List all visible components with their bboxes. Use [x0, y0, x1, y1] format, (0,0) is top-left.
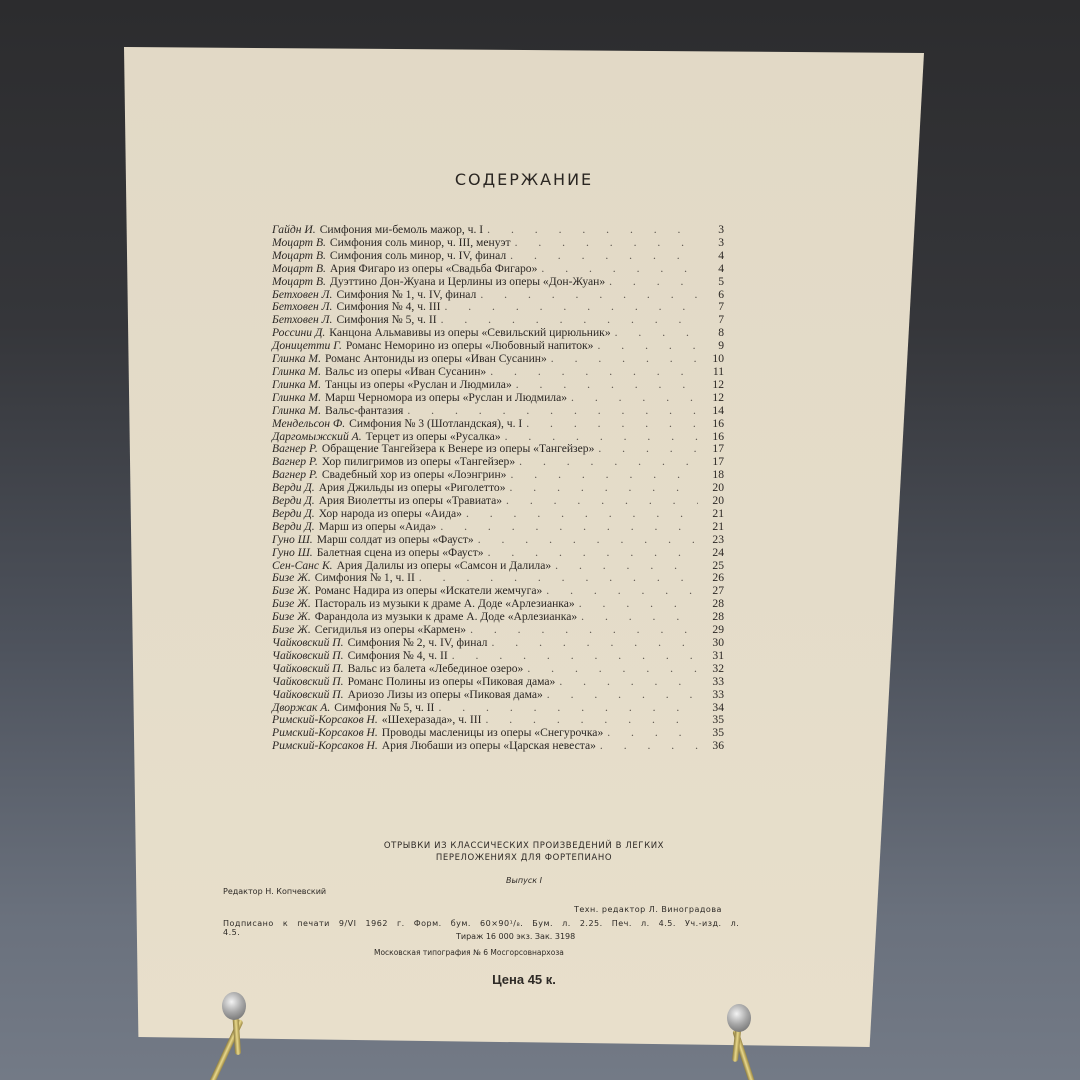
toc-author: Глинка М.: [272, 405, 321, 418]
toc-leader-dots: [407, 405, 698, 418]
toc-work: Романс Полины из оперы «Пиковая дама»: [348, 676, 556, 689]
toc-leader-dots: [516, 379, 698, 392]
stand-peg-right: [727, 1004, 751, 1032]
toc-work: Вальс из оперы «Иван Сусанин»: [325, 366, 486, 379]
toc-work: Симфония соль минор, ч. III, менуэт: [330, 237, 511, 250]
toc-leader-dots: [519, 456, 698, 469]
stand-peg-left: [222, 992, 246, 1020]
toc-author: Верди Д.: [272, 495, 315, 508]
series-title-line: ПЕРЕЛОЖЕНИЯХ ДЛЯ ФОРТЕПИАНО: [124, 852, 924, 864]
toc-entry: Гуно Ш.Марш солдат из оперы «Фауст»23: [272, 534, 724, 547]
toc-page-number: 31: [702, 650, 724, 663]
toc-page-number: 4: [702, 263, 724, 276]
toc-leader-dots: [487, 224, 698, 237]
toc-entry: Чайковский П.Романс Полины из оперы «Пик…: [272, 676, 724, 689]
toc-work: Балетная сцена из оперы «Фауст»: [317, 547, 484, 560]
toc-work: Вальс из балета «Лебединое озеро»: [348, 663, 524, 676]
toc-page-number: 11: [702, 366, 724, 379]
toc-leader-dots: [444, 301, 698, 314]
toc-page-number: 3: [702, 224, 724, 237]
toc-author: Гуно Ш.: [272, 534, 313, 547]
toc-author: Чайковский П.: [272, 663, 344, 676]
toc-leader-dots: [510, 469, 698, 482]
toc-entry: Чайковский П.Вальс из балета «Лебединое …: [272, 663, 724, 676]
toc-page-number: 36: [702, 740, 724, 753]
toc-page-number: 21: [702, 521, 724, 534]
toc-page-number: 23: [702, 534, 724, 547]
toc-entry: Гуно Ш.Балетная сцена из оперы «Фауст»24: [272, 547, 724, 560]
toc-leader-dots: [547, 689, 698, 702]
toc-work: Дуэттино Дон-Жуана и Церлины из оперы «Д…: [330, 276, 605, 289]
toc-page-number: 32: [702, 663, 724, 676]
toc-page-number: 30: [702, 637, 724, 650]
page-title: СОДЕРЖАНИЕ: [124, 170, 924, 189]
table-of-contents: Гайдн И.Симфония ми-бемоль мажор, ч. I3М…: [272, 224, 724, 753]
toc-leader-dots: [598, 443, 698, 456]
toc-author: Чайковский П.: [272, 650, 344, 663]
toc-author: Римский-Корсаков Н.: [272, 740, 378, 753]
toc-author: Моцарт В.: [272, 250, 326, 263]
document-page: СОДЕРЖАНИЕ Гайдн И.Симфония ми-бемоль ма…: [124, 47, 924, 1047]
toc-leader-dots: [527, 663, 698, 676]
toc-leader-dots: [470, 624, 698, 637]
toc-entry: Моцарт В.Симфония соль минор, ч. III, ме…: [272, 237, 724, 250]
toc-entry: Моцарт В.Ария Фигаро из оперы «Свадьба Ф…: [272, 263, 724, 276]
tech-editor-credit: Техн. редактор Л. Виноградова: [574, 905, 722, 914]
toc-work: Симфония № 4, ч. II: [348, 650, 448, 663]
toc-leader-dots: [488, 547, 698, 560]
toc-page-number: 24: [702, 547, 724, 560]
toc-work: Симфония соль минор, ч. IV, финал: [330, 250, 506, 263]
toc-entry: Верди Д.Ария Виолетты из оперы «Травиата…: [272, 495, 724, 508]
toc-entry: Чайковский П.Симфония № 4, ч. II31: [272, 650, 724, 663]
series-title: ОТРЫВКИ ИЗ КЛАССИЧЕСКИХ ПРОИЗВЕДЕНИЙ В Л…: [124, 840, 924, 864]
toc-entry: Чайковский П.Ариозо Лизы из оперы «Пиков…: [272, 689, 724, 702]
toc-entry: Глинка М.Вальс из оперы «Иван Сусанин»11: [272, 366, 724, 379]
toc-entry: Верди Д.Марш из оперы «Аида»21: [272, 521, 724, 534]
toc-leader-dots: [551, 353, 698, 366]
toc-leader-dots: [607, 727, 698, 740]
issue-number: Выпуск I: [124, 876, 924, 885]
toc-entry: Гайдн И.Симфония ми-бемоль мажор, ч. I3: [272, 224, 724, 237]
toc-page-number: 12: [702, 379, 724, 392]
toc-page-number: 14: [702, 405, 724, 418]
toc-leader-dots: [581, 611, 698, 624]
toc-author: Глинка М.: [272, 366, 321, 379]
toc-page-number: 4: [702, 250, 724, 263]
toc-leader-dots: [515, 237, 698, 250]
toc-work: Марш Черномора из оперы «Руслан и Людмил…: [325, 392, 567, 405]
toc-leader-dots: [510, 250, 698, 263]
toc-work: Ариозо Лизы из оперы «Пиковая дама»: [348, 689, 543, 702]
toc-leader-dots: [597, 340, 698, 353]
toc-page-number: 33: [702, 676, 724, 689]
toc-entry: Чайковский П.Симфония № 2, ч. IV, финал3…: [272, 637, 724, 650]
toc-leader-dots: [579, 598, 698, 611]
toc-leader-dots: [491, 637, 698, 650]
toc-leader-dots: [555, 560, 698, 573]
toc-author: Чайковский П.: [272, 637, 344, 650]
toc-author: Глинка М.: [272, 379, 321, 392]
toc-work: Симфония № 3 (Шотландская), ч. I: [349, 418, 522, 431]
toc-work: Симфония № 2, ч. IV, финал: [348, 637, 488, 650]
toc-author: Чайковский П.: [272, 676, 344, 689]
toc-leader-dots: [466, 508, 698, 521]
print-run: Тираж 16 000 экз. Зак. 3198: [456, 932, 575, 941]
toc-page-number: 5: [702, 276, 724, 289]
editor-credit: Редактор Н. Копчевский: [223, 887, 326, 896]
toc-author: Гуно Ш.: [272, 547, 313, 560]
toc-entry: Римский-Корсаков Н.Ария Любаши из оперы …: [272, 740, 724, 753]
toc-entry: Моцарт В.Симфония соль минор, ч. IV, фин…: [272, 250, 724, 263]
toc-entry: Глинка М.Танцы из оперы «Руслан и Людмил…: [272, 379, 724, 392]
toc-author: Моцарт В.: [272, 237, 326, 250]
toc-entry: Глинка М.Марш Черномора из оперы «Руслан…: [272, 392, 724, 405]
toc-leader-dots: [559, 676, 698, 689]
printer-name: Московская типография № 6 Мосгорсовнархо…: [374, 948, 564, 957]
toc-leader-dots: [452, 650, 698, 663]
toc-work: Хор народа из оперы «Аида»: [319, 508, 462, 521]
toc-entry: Моцарт В.Дуэттино Дон-Жуана и Церлины из…: [272, 276, 724, 289]
toc-author: Гайдн И.: [272, 224, 316, 237]
toc-work: Марш из оперы «Аида»: [319, 521, 437, 534]
toc-work: Танцы из оперы «Руслан и Людмила»: [325, 379, 512, 392]
toc-entry: Мендельсон Ф.Симфония № 3 (Шотландская),…: [272, 418, 724, 431]
toc-author: Глинка М.: [272, 392, 321, 405]
toc-page-number: 16: [702, 418, 724, 431]
toc-author: Моцарт В.: [272, 263, 326, 276]
toc-author: Верди Д.: [272, 521, 315, 534]
toc-leader-dots: [600, 740, 698, 753]
series-title-line: ОТРЫВКИ ИЗ КЛАССИЧЕСКИХ ПРОИЗВЕДЕНИЙ В Л…: [124, 840, 924, 852]
toc-page-number: 33: [702, 689, 724, 702]
toc-entry: Глинка М.Вальс-фантазия14: [272, 405, 724, 418]
toc-work: Ария Любаши из оперы «Царская невеста»: [382, 740, 596, 753]
toc-page-number: 20: [702, 495, 724, 508]
toc-page-number: 3: [702, 237, 724, 250]
toc-leader-dots: [510, 482, 699, 495]
toc-entry: Верди Д.Хор народа из оперы «Аида»21: [272, 508, 724, 521]
price-label: Цена 45 к.: [124, 972, 924, 987]
toc-leader-dots: [478, 534, 698, 547]
toc-work: Ария Фигаро из оперы «Свадьба Фигаро»: [330, 263, 537, 276]
toc-work: Симфония ми-бемоль мажор, ч. I: [320, 224, 483, 237]
toc-leader-dots: [506, 495, 698, 508]
toc-page-number: 12: [702, 392, 724, 405]
toc-author: Чайковский П.: [272, 689, 344, 702]
toc-leader-dots: [571, 392, 698, 405]
toc-leader-dots: [609, 276, 698, 289]
toc-work: Марш солдат из оперы «Фауст»: [317, 534, 474, 547]
toc-leader-dots: [615, 327, 698, 340]
toc-leader-dots: [440, 521, 698, 534]
toc-leader-dots: [490, 366, 698, 379]
toc-page-number: 21: [702, 508, 724, 521]
toc-author: Моцарт В.: [272, 276, 326, 289]
toc-author: Верди Д.: [272, 508, 315, 521]
toc-leader-dots: [480, 289, 698, 302]
toc-leader-dots: [526, 418, 698, 431]
toc-work: Ария Виолетты из оперы «Травиата»: [319, 495, 502, 508]
toc-leader-dots: [541, 263, 698, 276]
toc-work: Вальс-фантазия: [325, 405, 403, 418]
toc-author: Мендельсон Ф.: [272, 418, 345, 431]
